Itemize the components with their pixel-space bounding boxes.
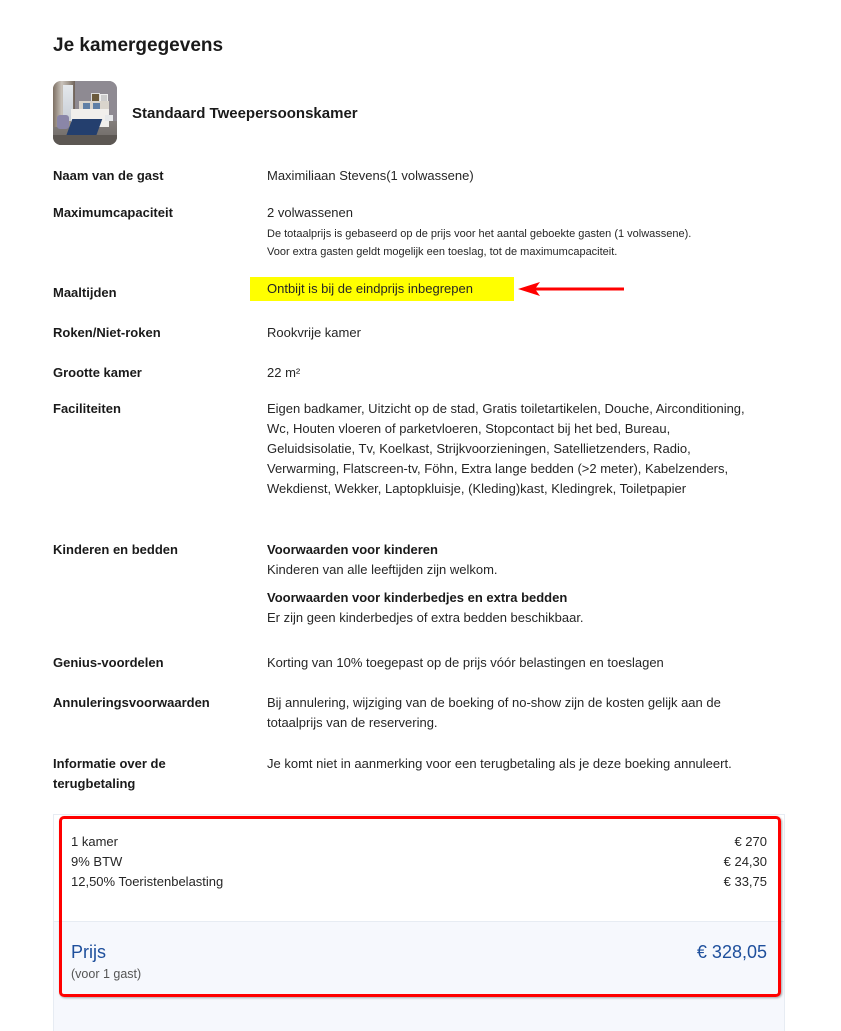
price-line-room: 1 kamer € 270 <box>71 832 767 852</box>
detail-label: Annuleringsvoorwaarden <box>53 693 243 713</box>
annotation-arrow-icon <box>518 282 626 296</box>
beds-policy-text: Er zijn geen kinderbedjes of extra bedde… <box>267 608 757 628</box>
detail-value: 22 m² <box>267 363 757 383</box>
detail-label: Roken/Niet-roken <box>53 323 243 343</box>
price-line-label: 1 kamer <box>71 834 118 849</box>
children-policy-text: Kinderen van alle leeftijden zijn welkom… <box>267 560 757 580</box>
room-header: Standaard Tweepersoonskamer <box>53 81 358 145</box>
detail-value: Rookvrije kamer <box>267 323 757 343</box>
beds-policy-heading: Voorwaarden voor kinderbedjes en extra b… <box>267 588 757 608</box>
price-line-tourist-tax: 12,50% Toeristenbelasting € 33,75 <box>71 872 767 892</box>
detail-value: Je komt niet in aanmerking voor een teru… <box>267 754 757 774</box>
price-summary-card: 1 kamer € 270 9% BTW € 24,30 12,50% Toer… <box>53 814 785 1031</box>
detail-label: Informatie over de terugbetaling <box>53 754 203 794</box>
price-line-amount: € 24,30 <box>724 852 767 872</box>
capacity-note-line: De totaalprijs is gebaseerd op de prijs … <box>267 225 757 243</box>
price-line-label: 12,50% Toeristenbelasting <box>71 874 223 889</box>
detail-value: Ontbijt is bij de eindprijs inbegrepen <box>267 279 473 299</box>
price-line-vat: 9% BTW € 24,30 <box>71 852 767 872</box>
price-line-amount: € 33,75 <box>724 872 767 892</box>
detail-label: Genius-voordelen <box>53 653 243 673</box>
detail-label: Naam van de gast <box>53 166 243 186</box>
detail-label: Maaltijden <box>53 283 243 303</box>
meals-highlight: Ontbijt is bij de eindprijs inbegrepen <box>250 277 514 301</box>
total-price-amount: € 328,05 <box>697 942 767 963</box>
capacity-note-line: Voor extra gasten geldt mogelijk een toe… <box>267 243 757 261</box>
detail-label: Faciliteiten <box>53 399 243 419</box>
room-thumbnail[interactable] <box>53 81 117 145</box>
detail-value: Korting van 10% toegepast op de prijs vó… <box>267 653 757 673</box>
total-price-subtext: (voor 1 gast) <box>71 967 141 981</box>
detail-label: Kinderen en bedden <box>53 540 243 560</box>
detail-value: Eigen badkamer, Uitzicht op de stad, Gra… <box>267 399 745 499</box>
detail-value: Maximiliaan Stevens(1 volwassene) <box>267 166 757 186</box>
price-breakdown: 1 kamer € 270 9% BTW € 24,30 12,50% Toer… <box>54 815 784 922</box>
page-title: Je kamergegevens <box>53 35 223 57</box>
capacity-note: De totaalprijs is gebaseerd op de prijs … <box>267 225 757 261</box>
detail-label: Maximumcapaciteit <box>53 203 243 223</box>
total-price-label: Prijs <box>71 942 106 963</box>
detail-value: Bij annulering, wijziging van de boeking… <box>267 693 757 733</box>
price-line-label: 9% BTW <box>71 854 122 869</box>
children-policy-heading: Voorwaarden voor kinderen <box>267 540 757 560</box>
detail-value: 2 volwassenen <box>267 203 757 223</box>
detail-label: Grootte kamer <box>53 363 243 383</box>
price-line-amount: € 270 <box>734 832 767 852</box>
room-name: Standaard Tweepersoonskamer <box>132 105 358 122</box>
